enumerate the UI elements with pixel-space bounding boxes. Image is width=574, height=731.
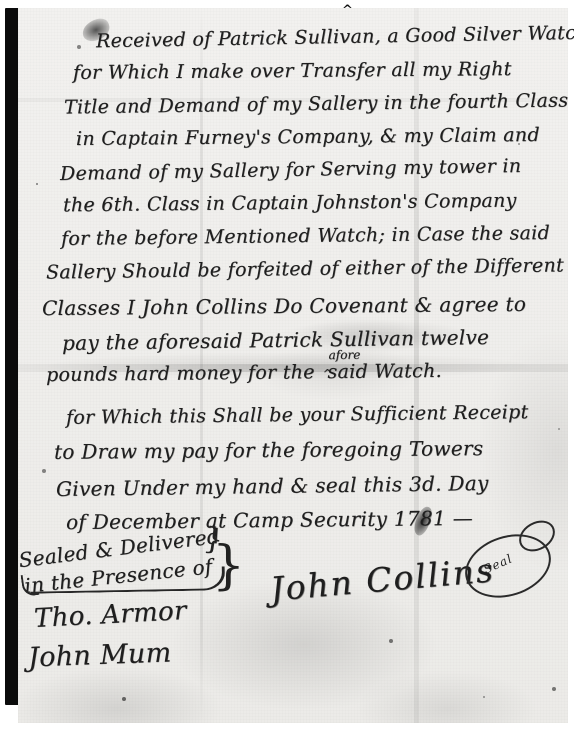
manuscript-line: to Draw my pay for the foregoing Towers xyxy=(54,436,484,464)
manuscript-line: for Which I make over Transfer all my Ri… xyxy=(73,58,512,84)
document-scan: ^ Received of Patrick Sullivan, a Good S… xyxy=(0,0,574,731)
manuscript-line: in Captain Furney's Company, & my Claim … xyxy=(76,124,540,150)
seal-label: Seal xyxy=(481,551,514,576)
insertion-wrap: ^afore xyxy=(315,361,328,383)
manuscript-page: ^ Received of Patrick Sullivan, a Good S… xyxy=(18,8,568,723)
dust-speckles xyxy=(18,8,20,10)
manuscript-line: the 6th. Class in Captain Johnston's Com… xyxy=(63,190,517,217)
manuscript-line: Classes I John Collins Do Covenant & agr… xyxy=(42,292,526,320)
inserted-word: afore xyxy=(329,348,361,362)
manuscript-line: pay the aforesaid Patrick Sullivan twelv… xyxy=(62,325,490,355)
flourish-line xyxy=(30,566,225,593)
manuscript-line-with-insertion: pounds hard money for the^afore said Wat… xyxy=(46,360,442,386)
caret-mark: ^ xyxy=(342,3,353,18)
insertion-post-text: said Watch. xyxy=(327,360,442,383)
manuscript-line: of December at Camp Security 1781 — xyxy=(66,506,473,534)
manuscript-line: Demand of my Sallery for Serving my towe… xyxy=(60,155,522,185)
manuscript-line: for Which this Shall be your Sufficient … xyxy=(66,401,529,429)
manuscript-line: Title and Demand of my Sallery in the fo… xyxy=(64,89,569,118)
scanner-edge-strip xyxy=(5,8,19,705)
manuscript-line: Given Under my hand & seal this 3d. Day xyxy=(56,471,489,501)
manuscript-line: for the before Mentioned Watch; in Case … xyxy=(61,222,550,250)
manuscript-line: Received of Patrick Sullivan, a Good Sil… xyxy=(96,22,574,53)
manuscript-line: Sallery Should be forfeited of either of… xyxy=(46,254,564,283)
witness-signature: John Mum xyxy=(28,638,172,674)
principal-signature: John Collins xyxy=(269,550,497,608)
insertion-caret: ^ xyxy=(323,367,333,380)
insertion-pre-text: pounds hard money for the xyxy=(46,361,315,386)
witness-signature: Tho. Armor xyxy=(33,596,187,634)
flourish-tail xyxy=(21,573,40,597)
